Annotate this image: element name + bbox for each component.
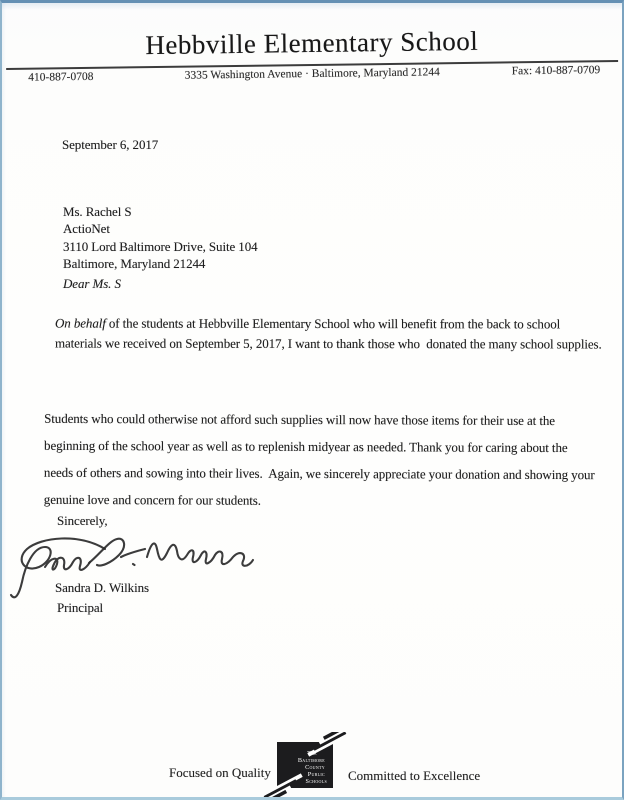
paragraph-2: Students who could otherwise not afford …: [44, 405, 596, 515]
salutation: Dear Ms. S: [63, 276, 121, 292]
signature-stroke-last-name: [147, 543, 253, 565]
letter-page: Hebbville Elementary School 410-887-0708…: [0, 0, 624, 800]
recipient-block: Ms. Rachel S ActioNet 3110 Lord Baltimor…: [63, 203, 258, 272]
bcps-logo: The Baltimore County Public Schools: [261, 732, 353, 800]
footer-motto-right: Committed to Excellence: [348, 768, 480, 784]
signer-title: Principal: [57, 600, 103, 616]
letterhead: Hebbville Elementary School 410-887-0708…: [0, 0, 624, 114]
letter-date: September 6, 2017: [62, 137, 158, 153]
recipient-company: ActioNet: [63, 220, 258, 237]
signature-stroke-first-name: [45, 558, 90, 570]
recipient-street: 3110 Lord Baltimore Drive, Suite 104: [63, 238, 258, 255]
bcps-logo-text-county: County: [305, 764, 325, 771]
recipient-name: Ms. Rachel S: [63, 203, 258, 220]
bcps-logo-text-baltimore: Baltimore: [298, 757, 325, 764]
fax-number: Fax: 410-887-0709: [512, 64, 601, 77]
scan-edge-tint-left: [0, 0, 6, 800]
paragraph-1-lead: On behalf: [55, 316, 106, 331]
paragraph-1-rest: of the students at Hebbville Elementary …: [55, 316, 602, 351]
recipient-city: Baltimore, Maryland 21244: [63, 255, 258, 272]
scan-border: [0, 0, 624, 800]
paragraph-1: On behalf of the students at Hebbville E…: [55, 314, 607, 354]
bcps-logo-text-public: Public: [308, 771, 325, 778]
school-name: Hebbville Elementary School: [0, 24, 624, 63]
bcps-logo-text-schools: Schools: [305, 778, 327, 785]
signer-name: Sandra D. Wilkins: [55, 580, 149, 596]
footer-motto-left: Focused on Quality: [169, 765, 271, 781]
signature-stroke-middle-initial: [89, 539, 145, 566]
